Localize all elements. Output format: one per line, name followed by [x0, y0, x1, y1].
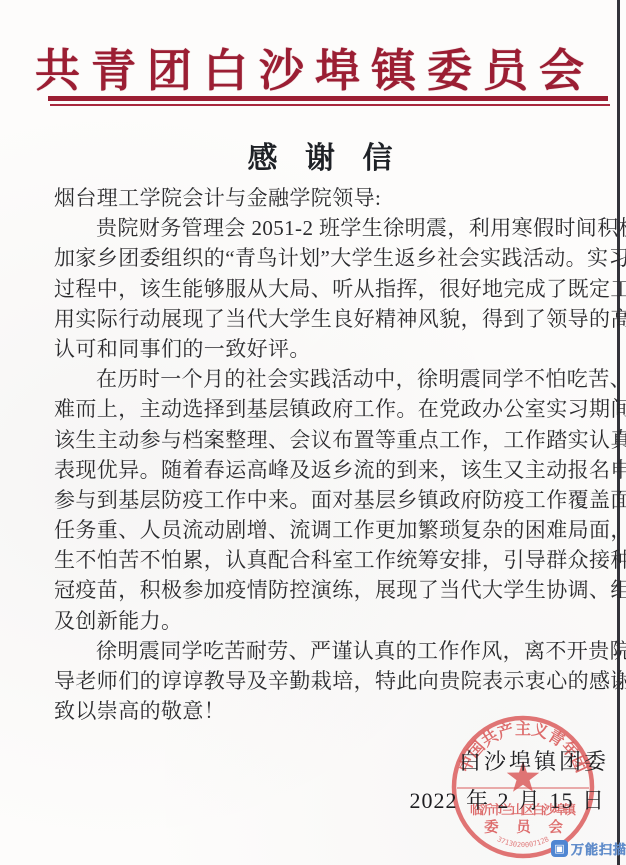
body-line: 生不怕苦不怕累，认真配合科室工作统筹安排，引导群众接种新: [54, 545, 614, 575]
body-line: 过程中，该生能够服从大局、听从指挥，很好地完成了既定工作，: [54, 274, 614, 304]
body-line: 用实际行动展现了当代大学生良好精神风貌，得到了领导的高度: [54, 304, 614, 334]
body-line: 加家乡团委组织的“青鸟计划”大学生返乡社会实践活动。实习: [54, 243, 614, 273]
signature-date: 2022 年 2 月 15 日: [409, 784, 605, 815]
body-line: 参与到基层防疫工作中来。面对基层乡镇政府防疫工作覆盖面广、: [54, 485, 614, 515]
letter-title: 感 谢 信: [0, 133, 626, 177]
body-line: 导老师们的谆谆教导及辛勤栽培，特此向贵院表示衷心的感谢并: [54, 666, 614, 696]
body-line: 冠疫苗，积极参加疫情防控演练，展现了当代大学生协调、组织: [54, 575, 614, 605]
body-line: 及创新能力。: [54, 606, 614, 636]
letterhead-rule-thin: [50, 104, 610, 106]
scanner-watermark: ▣ 万能扫描王: [551, 839, 626, 858]
body-line: 认可和同事们的一致好评。: [54, 334, 614, 364]
signature-org: 白沙埠镇团委: [459, 745, 609, 776]
letterhead-rule-thick: [48, 96, 608, 101]
letter-body: 烟台理工学院会计与金融学院领导: 贵院财务管理会 2051-2 班学生徐明震，利…: [54, 183, 614, 726]
body-line: 该生主动参与档案整理、会议布置等重点工作，工作踏实认真，: [54, 425, 614, 455]
body-line: 在历时一个月的社会实践活动中，徐明震同学不怕吃苦、迎: [54, 364, 614, 394]
salutation-line: 烟台理工学院会计与金融学院领导:: [54, 183, 614, 213]
watermark-label: 万能扫描王: [571, 839, 626, 858]
body-line: 表现优异。随着春运高峰及返乡流的到来，该生又主动报名申请: [54, 455, 614, 485]
body-line: 贵院财务管理会 2051-2 班学生徐明震，利用寒假时间积极参: [54, 213, 614, 243]
body-line: 难而上，主动选择到基层镇政府工作。在党政办公室实习期间，: [54, 394, 614, 424]
scanner-app-icon: ▣: [551, 840, 568, 857]
seal-serial-number: 3713020007128: [496, 835, 550, 849]
body-line: 任务重、人员流动剧增、流调工作更加繁琐复杂的困难局面，该: [54, 515, 614, 545]
body-line: 徐明震同学吃苦耐劳、严谨认真的工作作风，离不开贵院领: [54, 636, 614, 666]
seal-committee-text: 委 员 会: [484, 818, 570, 836]
letterhead-title: 共青团白沙埠镇委员会: [20, 46, 610, 96]
scanned-letter-page: 共青团白沙埠镇委员会 感 谢 信 烟台理工学院会计与金融学院领导: 贵院财务管理…: [0, 0, 626, 865]
